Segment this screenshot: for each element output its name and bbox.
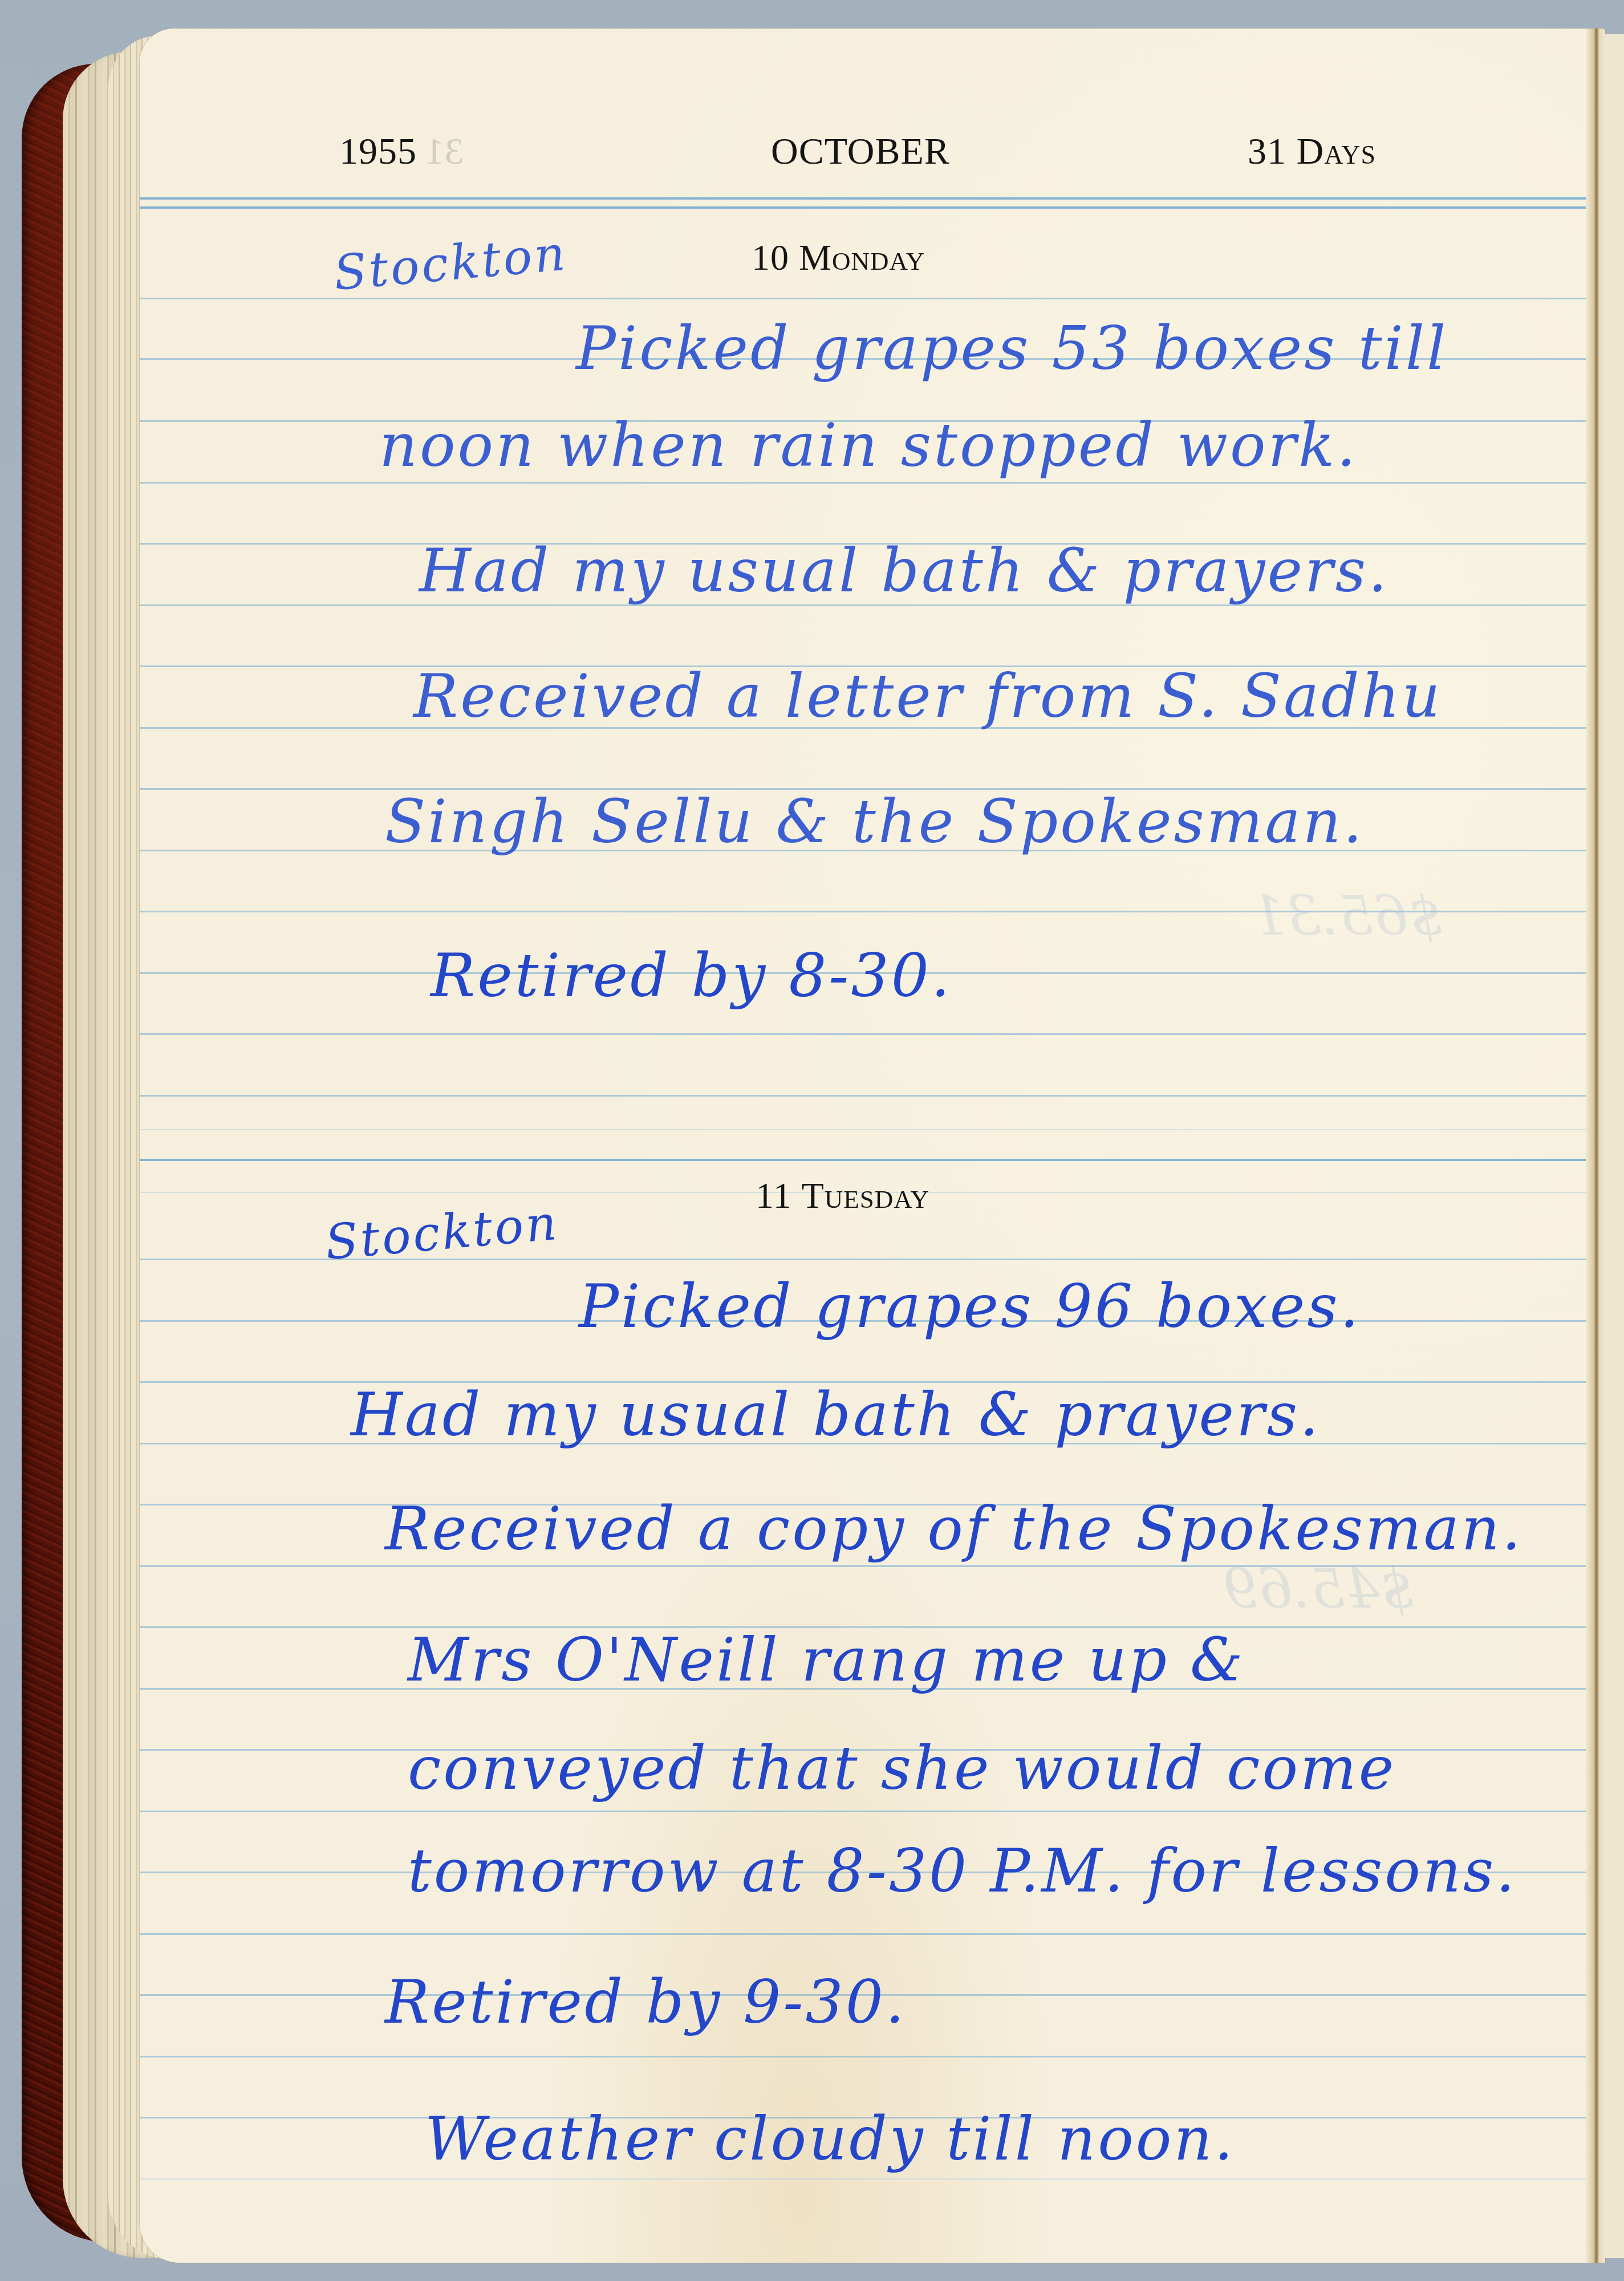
entry-line: Had my usual bath & prayers. bbox=[419, 536, 1389, 606]
ruled-line bbox=[140, 2056, 1586, 2057]
bleed-through-text: $65.31 bbox=[1252, 884, 1443, 948]
ruled-line bbox=[140, 1033, 1586, 1035]
entry-line: Mrs O'Neill rang me up & bbox=[408, 1625, 1245, 1695]
entry-line: conveyed that she would come bbox=[408, 1734, 1396, 1803]
entry-line: noon when rain stopped work. bbox=[379, 411, 1358, 480]
entry-line: Retired by 8-30. bbox=[431, 941, 952, 1010]
header-rule-top bbox=[140, 197, 1586, 200]
ruled-line bbox=[140, 2178, 1586, 2179]
days-count-number: 31 bbox=[1248, 131, 1286, 172]
header-days-count: 31 Days bbox=[1248, 130, 1376, 173]
ruled-line bbox=[140, 1129, 1586, 1130]
header-ghost-text: 31 bbox=[425, 130, 464, 173]
day-divider-rule bbox=[140, 1159, 1586, 1161]
page-gutter-fold bbox=[1586, 29, 1605, 2263]
day-number: 10 bbox=[752, 237, 789, 278]
day-heading-monday: 10 Monday bbox=[752, 237, 925, 279]
entry-line: Had my usual bath & prayers. bbox=[351, 1380, 1321, 1450]
header-year: 1955 bbox=[339, 130, 417, 173]
diary-page: $65.31 $45.69 1955 31 OCTOBER 31 Days 10… bbox=[140, 29, 1605, 2263]
page-header: 1955 31 OCTOBER 31 Days bbox=[140, 130, 1586, 181]
entry-line: Weather cloudy till noon. bbox=[425, 2104, 1235, 2174]
bleed-through-text: $45.69 bbox=[1223, 1557, 1415, 1621]
next-page-edge bbox=[1605, 34, 1624, 2258]
ruled-line bbox=[140, 482, 1586, 484]
header-month: OCTOBER bbox=[771, 130, 950, 173]
entry-line: tomorrow at 8-30 P.M. for lessons. bbox=[408, 1836, 1517, 1906]
entry-line: Received a copy of the Spokesman. bbox=[385, 1494, 1523, 1564]
entry-line: Singh Sellu & the Spokesman. bbox=[385, 787, 1365, 857]
ruled-line bbox=[140, 1811, 1586, 1812]
day-heading-tuesday: 11 Tuesday bbox=[756, 1175, 929, 1217]
entry-line: Picked grapes 53 boxes till bbox=[576, 314, 1448, 383]
header-rule-bottom bbox=[140, 206, 1586, 209]
day-name: Monday bbox=[799, 237, 925, 278]
entry-line: Received a letter from S. Sadhu bbox=[413, 661, 1443, 731]
entry-location: Stockton bbox=[331, 225, 569, 301]
ruled-line bbox=[140, 1095, 1586, 1097]
ruled-line bbox=[140, 1933, 1586, 1935]
day-number: 11 bbox=[756, 1175, 792, 1216]
entry-line: Retired by 9-30. bbox=[385, 1967, 907, 2037]
days-count-label: Days bbox=[1297, 131, 1376, 172]
day-name: Tuesday bbox=[802, 1175, 929, 1216]
entry-line: Picked grapes 96 boxes. bbox=[579, 1272, 1361, 1341]
